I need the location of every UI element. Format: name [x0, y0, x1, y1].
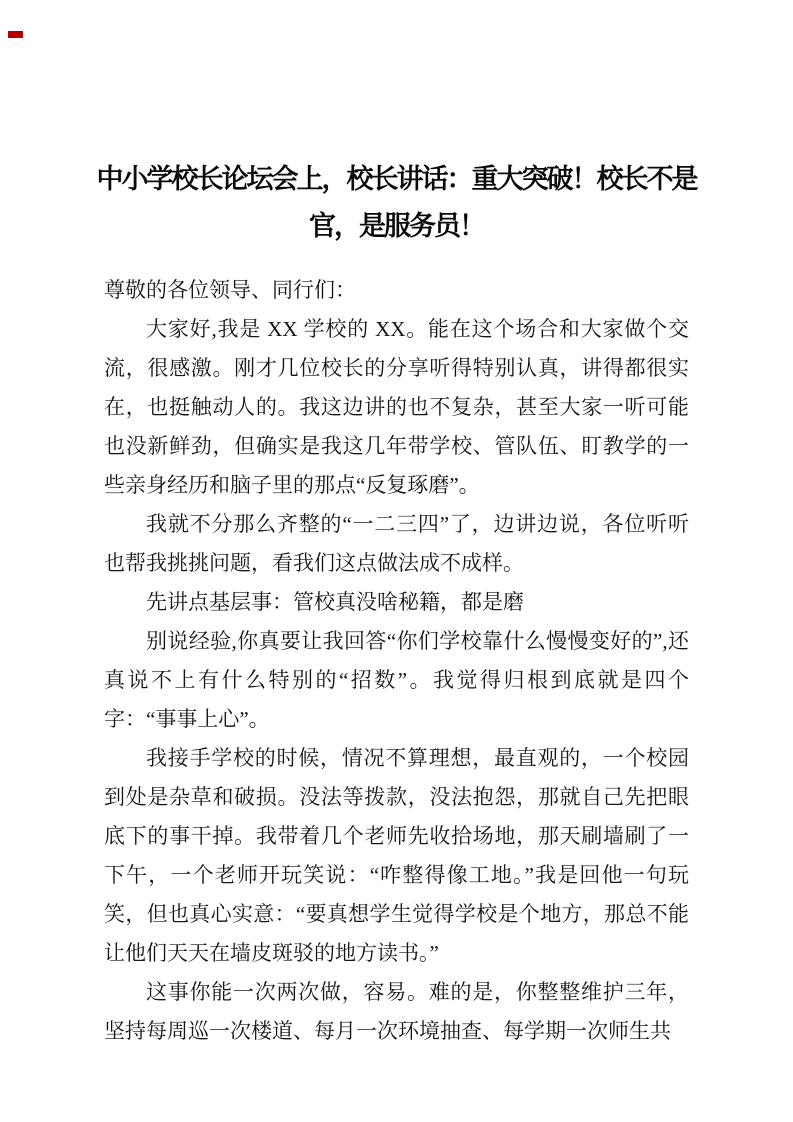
corner-stamp [8, 31, 23, 38]
title-line: 中小学校长论坛会上，校长讲话：重大突破！校长不是 [0, 156, 793, 203]
paragraph: 我就不分那么齐整的“一二三四”了，边讲边说，各位听听也帮我挑挑问题，看我们这点做… [104, 505, 689, 583]
paragraph: 大家好,我是 XX 学校的 XX。能在这个场合和大家做个交流，很感激。刚才几位校… [104, 310, 689, 505]
paragraph: 别说经验,你真要让我回答“你们学校靠什么慢慢变好的”,还真说不上有什么特别的“招… [104, 622, 689, 739]
document-body: 尊敬的各位领导、同行们：大家好,我是 XX 学校的 XX。能在这个场合和大家做个… [104, 271, 689, 1051]
paragraph: 尊敬的各位领导、同行们： [104, 271, 689, 310]
document-title: 中小学校长论坛会上，校长讲话：重大突破！校长不是 官，是服务员！ [0, 156, 793, 250]
paragraph: 先讲点基层事：管校真没啥秘籍，都是磨 [104, 583, 689, 622]
document-page: 中小学校长论坛会上，校长讲话：重大突破！校长不是 官，是服务员！ 尊敬的各位领导… [0, 0, 793, 1122]
paragraph: 我接手学校的时候，情况不算理想，最直观的，一个校园到处是杂草和破损。没法等拨款，… [104, 739, 689, 973]
paragraph: 这事你能一次两次做，容易。难的是，你整整维护三年，坚持每周巡一次楼道、每月一次环… [104, 973, 689, 1051]
title-line: 官，是服务员！ [0, 203, 793, 250]
